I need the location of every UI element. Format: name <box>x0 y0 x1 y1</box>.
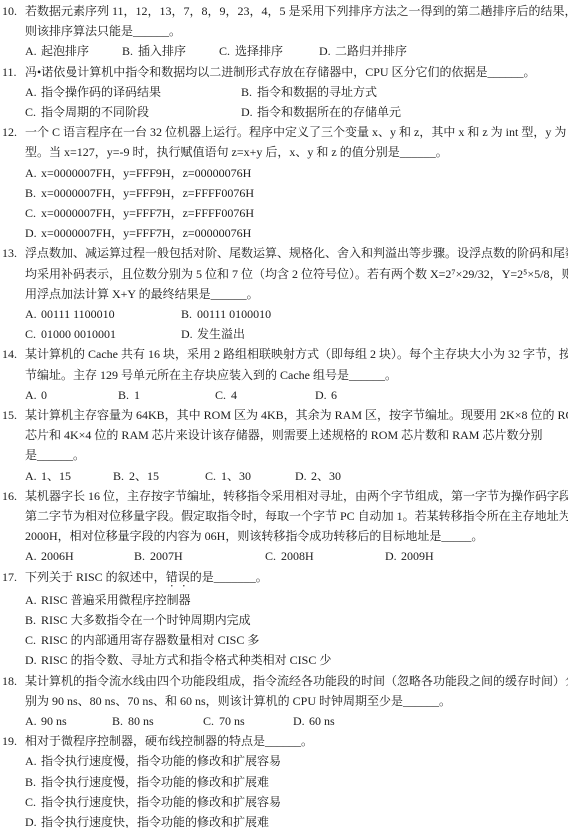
option: D.RISC 的指令数、寻址方式和指令格式种类相对 CISC 少 <box>25 650 331 670</box>
option: D.二路归并排序 <box>319 41 407 61</box>
question-number: 18. <box>2 671 25 732</box>
option-label: B. <box>134 546 150 566</box>
stem-text: 冯•诺依曼计算机中指令和数据均以二进制形式存放在存储器中，CPU 区分它们的依据… <box>25 65 536 79</box>
option-label: B. <box>118 385 134 405</box>
option-label: A. <box>25 41 41 61</box>
stem-text: 芯片和 4K×4 位的 RAM 芯片来设计该存储器，则需要上述规格的 ROM 芯… <box>25 428 542 442</box>
option-label: A. <box>25 163 41 183</box>
question-number: 19. <box>2 731 25 828</box>
option-row: A.起泡排序B.插入排序C.选择排序D.二路归并排序 <box>25 41 568 61</box>
option-text: RISC 大多数指令在一个时钟周期内完成 <box>41 613 251 627</box>
option-text: 2006H <box>41 549 74 563</box>
question: 19.相对于微程序控制器，硬布线控制器的特点是______。A.指令执行速度慢，… <box>2 731 568 828</box>
question-content: 一个 C 语言程序在一台 32 位机器上运行。程序中定义了三个变量 x、y 和 … <box>25 122 568 243</box>
option: A.指令执行速度慢，指令功能的修改和扩展容易 <box>25 751 281 771</box>
option-label: D. <box>293 711 309 731</box>
option: B.2007H <box>134 546 265 566</box>
option-row: B.x=0000007FH，y=FFF9H，z=FFFF0076H <box>25 183 568 203</box>
question-stem-line: 若数据元素序列 11，12，13，7，8，9，23，4，5 是采用下列排序方法之… <box>25 1 568 21</box>
option: B.x=0000007FH，y=FFF9H，z=FFFF0076H <box>25 183 254 203</box>
option-label: B. <box>241 82 257 102</box>
stem-text: 的是_______。 <box>190 570 268 584</box>
stem-text: 若数据元素序列 11，12，13，7，8，9，23，4，5 是采用下列排序方法之… <box>25 4 568 18</box>
stem-text: 2000H，相对位移量字段的内容为 06H，则该转移指令成功转移后的目标地址是_… <box>25 529 483 543</box>
question-stem-line: 浮点数加、减运算过程一般包括对阶、尾数运算、规格化、舍入和判溢出等步骤。设浮点数… <box>25 243 568 263</box>
option: A.0 <box>25 385 118 405</box>
question-stem-line: 下列关于 RISC 的叙述中，错误的是_______。 <box>25 567 568 590</box>
option: A.90 ns <box>25 711 112 731</box>
option-text: 指令执行速度快，指令功能的修改和扩展容易 <box>41 795 281 809</box>
option-label: B. <box>25 183 41 203</box>
option-row: D.RISC 的指令数、寻址方式和指令格式种类相对 CISC 少 <box>25 650 568 670</box>
option-label: C. <box>25 324 41 344</box>
option-label: A. <box>25 82 41 102</box>
option: D.x=0000007FH，y=FFF7H，z=00000076H <box>25 223 251 243</box>
option-label: B. <box>122 41 138 61</box>
option-row: A.RISC 普遍采用微程序控制器 <box>25 590 568 610</box>
option-text: 2、30 <box>311 469 341 483</box>
option: C.70 ns <box>203 711 293 731</box>
question: 15.某计算机主存容量为 64KB，其中 ROM 区为 4KB，其余为 RAM … <box>2 405 568 486</box>
question-content: 浮点数加、减运算过程一般包括对阶、尾数运算、规格化、舍入和判溢出等步骤。设浮点数… <box>25 243 568 344</box>
question-stem-line: 是______。 <box>25 445 568 465</box>
question-content: 相对于微程序控制器，硬布线控制器的特点是______。A.指令执行速度慢，指令功… <box>25 731 568 828</box>
option-text: 2、15 <box>129 469 159 483</box>
question-stem-line: 型。当 x=127，y=-9 时，执行赋值语句 z=x+y 后，x、y 和 z … <box>25 142 568 162</box>
option-text: 指令执行速度慢，指令功能的修改和扩展容易 <box>41 754 281 768</box>
option-row: C.指令周期的不同阶段D.指令和数据所在的存储单元 <box>25 102 568 122</box>
option-text: 1 <box>134 388 140 402</box>
question: 14.某计算机的 Cache 共有 16 块，采用 2 路组相联映射方式（即每组… <box>2 344 568 405</box>
option: C.01000 0010001 <box>25 324 181 344</box>
option-text: 二路归并排序 <box>335 44 407 58</box>
option-row: A.2006HB.2007HC.2008HD.2009H <box>25 546 568 566</box>
option: D.发生溢出 <box>181 324 245 344</box>
option-label: C. <box>219 41 235 61</box>
question-stem-line: 别为 90 ns、80 ns、70 ns、和 60 ns，则该计算机的 CPU … <box>25 691 568 711</box>
option-label: A. <box>25 751 41 771</box>
question: 12.一个 C 语言程序在一台 32 位机器上运行。程序中定义了三个变量 x、y… <box>2 122 568 243</box>
question-stem-line: 某计算机的 Cache 共有 16 块，采用 2 路组相联映射方式（即每组 2 … <box>25 344 568 364</box>
option-row: B.RISC 大多数指令在一个时钟周期内完成 <box>25 610 568 630</box>
option-label: C. <box>25 102 41 122</box>
option-text: x=0000007FH，y=FFF7H，z=00000076H <box>41 226 251 240</box>
question-number: 13. <box>2 243 25 344</box>
question-stem-line: 相对于微程序控制器，硬布线控制器的特点是______。 <box>25 731 568 751</box>
option-text: x=0000007FH，y=FFF7H，z=FFFF0076H <box>41 206 254 220</box>
option-label: D. <box>25 812 41 828</box>
option-text: 1、15 <box>41 469 71 483</box>
question: 16.某机器字长 16 位，主存按字节编址，转移指令采用相对寻址，由两个字节组成… <box>2 486 568 567</box>
option-text: 60 ns <box>309 714 335 728</box>
option-row: C.RISC 的内部通用寄存器数量相对 CISC 多 <box>25 630 568 650</box>
question-number: 16. <box>2 486 25 567</box>
stem-text: 用浮点加法计算 X+Y 的最终结果是______。 <box>25 287 259 301</box>
option-label: D. <box>25 223 41 243</box>
question-content: 若数据元素序列 11，12，13，7，8，9，23，4，5 是采用下列排序方法之… <box>25 1 568 62</box>
option-label: C. <box>265 546 281 566</box>
option: A.1、15 <box>25 466 113 486</box>
option: B.80 ns <box>112 711 203 731</box>
option-text: 2007H <box>150 549 183 563</box>
question-stem-line: 则该排序算法只能是______。 <box>25 21 568 41</box>
option-row: C.01000 0010001D.发生溢出 <box>25 324 568 344</box>
option: A.指令操作码的译码结果 <box>25 82 241 102</box>
option: A.RISC 普遍采用微程序控制器 <box>25 590 191 610</box>
question-content: 某计算机的 Cache 共有 16 块，采用 2 路组相联映射方式（即每组 2 … <box>25 344 568 405</box>
option-text: 指令和数据所在的存储单元 <box>257 105 401 119</box>
option-row: D.指令执行速度快，指令功能的修改和扩展难 <box>25 812 568 828</box>
question-number: 15. <box>2 405 25 486</box>
option-label: A. <box>25 466 41 486</box>
option: B.插入排序 <box>122 41 219 61</box>
option-label: B. <box>113 466 129 486</box>
option-label: A. <box>25 304 41 324</box>
question-stem-line: 某计算机主存容量为 64KB，其中 ROM 区为 4KB，其余为 RAM 区，按… <box>25 405 568 425</box>
stem-text: 第二字节为相对位移量字段。假定取指令时，每取一个字节 PC 自动加 1。若某转移… <box>25 509 568 523</box>
stem-text: 某计算机的指令流水线由四个功能段组成，指令流经各功能段的时间（忽略各功能段之间的… <box>25 674 568 688</box>
option: B.00111 0100010 <box>181 304 271 324</box>
option-text: 0 <box>41 388 47 402</box>
option: C.1、30 <box>205 466 295 486</box>
option-label: B. <box>181 304 197 324</box>
question: 13.浮点数加、减运算过程一般包括对阶、尾数运算、规格化、舍入和判溢出等步骤。设… <box>2 243 568 344</box>
option: C.x=0000007FH，y=FFF7H，z=FFFF0076H <box>25 203 254 223</box>
option-text: 00111 0100010 <box>197 307 271 321</box>
option-label: A. <box>25 546 41 566</box>
question: 17.下列关于 RISC 的叙述中，错误的是_______。A.RISC 普遍采… <box>2 567 568 671</box>
option-row: A.1、15B.2、15C.1、30D.2、30 <box>25 466 568 486</box>
option-text: 2008H <box>281 549 314 563</box>
option-label: C. <box>25 792 41 812</box>
option-row: A.00111 1100010B.00111 0100010 <box>25 304 568 324</box>
stem-text: 则该排序算法只能是______。 <box>25 24 181 38</box>
option-label: C. <box>203 711 219 731</box>
question-number: 11. <box>2 62 25 123</box>
question-content: 下列关于 RISC 的叙述中，错误的是_______。A.RISC 普遍采用微程… <box>25 567 568 671</box>
question-number: 17. <box>2 567 25 671</box>
option-label: B. <box>25 610 41 630</box>
option-text: 90 ns <box>41 714 67 728</box>
exam-page: 10.若数据元素序列 11，12，13，7，8，9，23，4，5 是采用下列排序… <box>0 0 570 828</box>
option-text: 01000 0010001 <box>41 327 116 341</box>
question-stem-line: 芯片和 4K×4 位的 RAM 芯片来设计该存储器，则需要上述规格的 ROM 芯… <box>25 425 568 445</box>
option: D.指令和数据所在的存储单元 <box>241 102 401 122</box>
stem-text: 节编址。主存 129 号单元所在主存块应装入到的 Cache 组号是______… <box>25 368 397 382</box>
option: D.6 <box>315 385 337 405</box>
question-stem-line: 一个 C 语言程序在一台 32 位机器上运行。程序中定义了三个变量 x、y 和 … <box>25 122 568 142</box>
stem-text: 一个 C 语言程序在一台 32 位机器上运行。程序中定义了三个变量 x、y 和 … <box>25 125 568 139</box>
option: A.00111 1100010 <box>25 304 181 324</box>
question-stem-line: 均采用补码表示，且位数分别为 5 位和 7 位（均含 2 位符号位）。若有两个数… <box>25 264 568 284</box>
question-number: 14. <box>2 344 25 405</box>
question: 18.某计算机的指令流水线由四个功能段组成，指令流经各功能段的时间（忽略各功能段… <box>2 671 568 732</box>
option-label: C. <box>25 203 41 223</box>
option-text: 00111 1100010 <box>41 307 115 321</box>
option-text: 80 ns <box>128 714 154 728</box>
option-text: 2009H <box>401 549 434 563</box>
option-text: 指令执行速度慢，指令功能的修改和扩展难 <box>41 775 269 789</box>
option-text: x=0000007FH，y=FFF9H，z=00000076H <box>41 166 251 180</box>
option-text: x=0000007FH，y=FFF9H，z=FFFF0076H <box>41 186 254 200</box>
option: B.RISC 大多数指令在一个时钟周期内完成 <box>25 610 251 630</box>
option-text: RISC 普遍采用微程序控制器 <box>41 593 191 607</box>
option: C.选择排序 <box>219 41 319 61</box>
stem-text: 型。当 x=127，y=-9 时，执行赋值语句 z=x+y 后，x、y 和 z … <box>25 145 448 159</box>
option-label: D. <box>181 324 197 344</box>
question-number: 10. <box>2 1 25 62</box>
option: C.指令执行速度快，指令功能的修改和扩展容易 <box>25 792 281 812</box>
stem-text: 下列关于 RISC 的叙述中， <box>25 570 166 584</box>
question-number: 12. <box>2 122 25 243</box>
option: A.x=0000007FH，y=FFF9H，z=00000076H <box>25 163 251 183</box>
question-stem-line: 某计算机的指令流水线由四个功能段组成，指令流经各功能段的时间（忽略各功能段之间的… <box>25 671 568 691</box>
option-label: D. <box>241 102 257 122</box>
option: B.1 <box>118 385 215 405</box>
option-row: B.指令执行速度慢，指令功能的修改和扩展难 <box>25 772 568 792</box>
option-text: 6 <box>331 388 337 402</box>
option-text: RISC 的指令数、寻址方式和指令格式种类相对 CISC 少 <box>41 653 331 667</box>
question-content: 某计算机的指令流水线由四个功能段组成，指令流经各功能段的时间（忽略各功能段之间的… <box>25 671 568 732</box>
option-text: 起泡排序 <box>41 44 89 58</box>
stem-text: 浮点数加、减运算过程一般包括对阶、尾数运算、规格化、舍入和判溢出等步骤。设浮点数… <box>25 246 568 260</box>
option-text: 指令和数据的寻址方式 <box>257 85 377 99</box>
option: D.2、30 <box>295 466 341 486</box>
option-text: 选择排序 <box>235 44 283 58</box>
question: 10.若数据元素序列 11，12，13，7，8，9，23，4，5 是采用下列排序… <box>2 1 568 62</box>
option-label: B. <box>112 711 128 731</box>
option: A.2006H <box>25 546 134 566</box>
option-row: C.x=0000007FH，y=FFF7H，z=FFFF0076H <box>25 203 568 223</box>
question-content: 冯•诺依曼计算机中指令和数据均以二进制形式存放在存储器中，CPU 区分它们的依据… <box>25 62 568 123</box>
question-stem-line: 某机器字长 16 位，主存按字节编址，转移指令采用相对寻址，由两个字节组成，第一… <box>25 486 568 506</box>
option-label: D. <box>319 41 335 61</box>
option: D.2009H <box>385 546 434 566</box>
question-stem-line: 2000H，相对位移量字段的内容为 06H，则该转移指令成功转移后的目标地址是_… <box>25 526 568 546</box>
option-text: 70 ns <box>219 714 245 728</box>
option: C.4 <box>215 385 315 405</box>
option-text: 指令执行速度快，指令功能的修改和扩展难 <box>41 815 269 828</box>
option: A.起泡排序 <box>25 41 122 61</box>
option-text: RISC 的内部通用寄存器数量相对 CISC 多 <box>41 633 259 647</box>
option: B.指令执行速度慢，指令功能的修改和扩展难 <box>25 772 269 792</box>
option-label: A. <box>25 711 41 731</box>
question-content: 某机器字长 16 位，主存按字节编址，转移指令采用相对寻址，由两个字节组成，第一… <box>25 486 568 567</box>
option-label: D. <box>25 650 41 670</box>
option-text: 指令操作码的译码结果 <box>41 85 161 99</box>
option: B.2、15 <box>113 466 205 486</box>
option-text: 指令周期的不同阶段 <box>41 105 149 119</box>
stem-text: 均采用补码表示，且位数分别为 5 位和 7 位（均含 2 位符号位）。若有两个数… <box>25 267 568 281</box>
stem-text: 某机器字长 16 位，主存按字节编址，转移指令采用相对寻址，由两个字节组成，第一… <box>25 489 568 503</box>
question-stem-line: 第二字节为相对位移量字段。假定取指令时，每取一个字节 PC 自动加 1。若某转移… <box>25 506 568 526</box>
stem-text: 是______。 <box>25 448 85 462</box>
option-row: D.x=0000007FH，y=FFF7H，z=00000076H <box>25 223 568 243</box>
option-text: 发生溢出 <box>197 327 245 341</box>
option-text: 插入排序 <box>138 44 186 58</box>
option-label: B. <box>25 772 41 792</box>
option-row: C.指令执行速度快，指令功能的修改和扩展容易 <box>25 792 568 812</box>
question-stem-line: 冯•诺依曼计算机中指令和数据均以二进制形式存放在存储器中，CPU 区分它们的依据… <box>25 62 568 82</box>
option-row: A.x=0000007FH，y=FFF9H，z=00000076H <box>25 163 568 183</box>
option: C.2008H <box>265 546 385 566</box>
question-stem-line: 节编址。主存 129 号单元所在主存块应装入到的 Cache 组号是______… <box>25 365 568 385</box>
option: D.60 ns <box>293 711 335 731</box>
option-text: 1、30 <box>221 469 251 483</box>
question-stem-line: 用浮点加法计算 X+Y 的最终结果是______。 <box>25 284 568 304</box>
option-label: A. <box>25 385 41 405</box>
option-text: 4 <box>231 388 237 402</box>
option: B.指令和数据的寻址方式 <box>241 82 377 102</box>
option: C.指令周期的不同阶段 <box>25 102 241 122</box>
stem-text: 别为 90 ns、80 ns、70 ns、和 60 ns，则该计算机的 CPU … <box>25 694 451 708</box>
option-label: D. <box>295 466 311 486</box>
option-label: C. <box>205 466 221 486</box>
option: D.指令执行速度快，指令功能的修改和扩展难 <box>25 812 269 828</box>
stem-text-emphasis: 错误 <box>166 570 190 584</box>
option-row: A.90 nsB.80 nsC.70 nsD.60 ns <box>25 711 568 731</box>
stem-text: 相对于微程序控制器，硬布线控制器的特点是______。 <box>25 734 313 748</box>
option-label: C. <box>215 385 231 405</box>
option-label: D. <box>385 546 401 566</box>
question-content: 某计算机主存容量为 64KB，其中 ROM 区为 4KB，其余为 RAM 区，按… <box>25 405 568 486</box>
option-row: A.指令执行速度慢，指令功能的修改和扩展容易 <box>25 751 568 771</box>
stem-text: 某计算机主存容量为 64KB，其中 ROM 区为 4KB，其余为 RAM 区，按… <box>25 408 568 422</box>
option-row: A.指令操作码的译码结果B.指令和数据的寻址方式 <box>25 82 568 102</box>
option-label: A. <box>25 590 41 610</box>
option-label: C. <box>25 630 41 650</box>
option-label: D. <box>315 385 331 405</box>
question: 11.冯•诺依曼计算机中指令和数据均以二进制形式存放在存储器中，CPU 区分它们… <box>2 62 568 123</box>
stem-text: 某计算机的 Cache 共有 16 块，采用 2 路组相联映射方式（即每组 2 … <box>25 347 568 361</box>
option: C.RISC 的内部通用寄存器数量相对 CISC 多 <box>25 630 259 650</box>
option-row: A.0B.1C.4D.6 <box>25 385 568 405</box>
